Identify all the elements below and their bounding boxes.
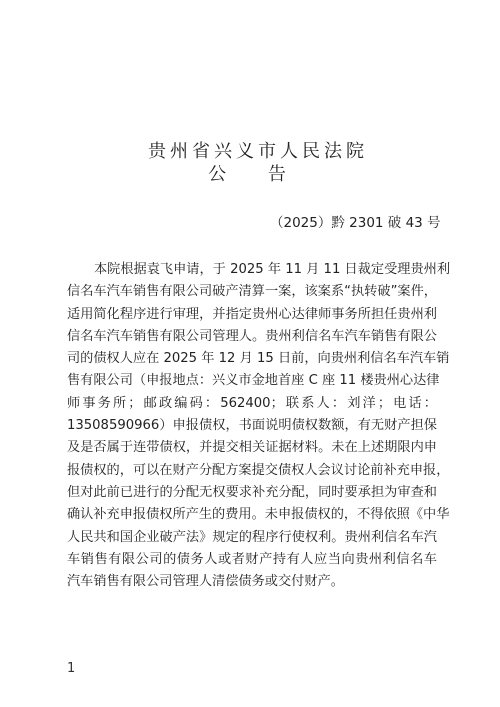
body-line: 司的债权人应在 2025 年 12 月 15 日前，向贵州利信名车汽车销 bbox=[67, 348, 437, 370]
body-line: 汽车销售有限公司管理人清偿债务或交付财产。 bbox=[67, 571, 437, 593]
body-line: 本院根据袁飞申请，于 2025 年 11 月 11 日裁定受理贵州利 bbox=[67, 259, 437, 281]
body-line: 信名车汽车销售有限公司管理人。贵州利信名车汽车销售有限公 bbox=[67, 326, 437, 348]
body-line: 师事务所；邮政编码：562400；联系人：刘洋；电话： bbox=[67, 393, 437, 415]
case-number: （2025）黔 2301 破 43 号 bbox=[270, 211, 441, 231]
body-line: 车销售有限公司的债务人或者财产持有人应当向贵州利信名车 bbox=[67, 549, 437, 571]
document-type-title: 公 告 bbox=[6, 160, 500, 186]
body-line: 售有限公司（申报地点：兴义市金地首座 C 座 11 楼贵州心达律 bbox=[67, 370, 437, 392]
body-line: 但对此前已进行的分配无权要求补充分配，同时要承担为审查和 bbox=[67, 482, 437, 504]
body-line: 报债权的，可以在财产分配方案提交债权人会议讨论前补充申报， bbox=[67, 460, 437, 482]
body-line: 信名车汽车销售有限公司破产清算一案，该案系“执转破”案件， bbox=[67, 281, 437, 303]
body-line: 13508590966）申报债权，书面说明债权数额，有无财产担保 bbox=[67, 415, 437, 437]
body-line: 确认补充申报债权所产生的费用。未申报债权的，不得依照《中华 bbox=[67, 504, 437, 526]
page-number: 1 bbox=[67, 661, 75, 676]
body-line: 人民共和国企业破产法》规定的程序行使权利。贵州利信名车汽 bbox=[67, 527, 437, 549]
body-line: 及是否属于连带债权，并提交相关证据材料。未在上述期限内申 bbox=[67, 437, 437, 459]
body-line: 适用简化程序进行审理，并指定贵州心达律师事务所担任贵州利 bbox=[67, 304, 437, 326]
notice-body: 本院根据袁飞申请，于 2025 年 11 月 11 日裁定受理贵州利 信名车汽车… bbox=[67, 259, 437, 593]
